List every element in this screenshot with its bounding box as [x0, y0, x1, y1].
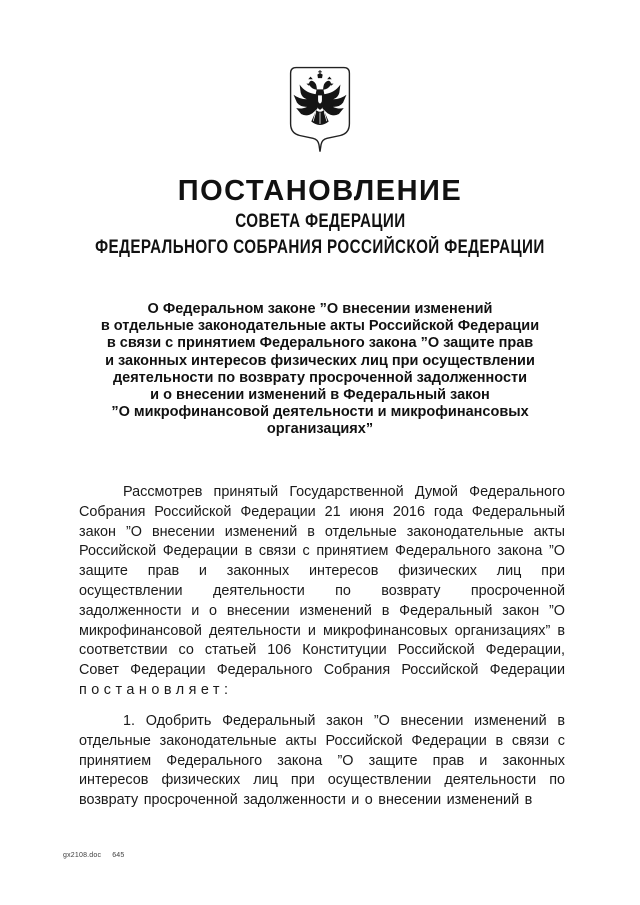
subtitle-line1-text: СОВЕТА ФЕДЕРАЦИИ	[235, 211, 405, 233]
preamble-text: Рассмотрев принятый Государственной Думо…	[79, 484, 565, 678]
subject-line: деятельности по возврату просроченной за…	[77, 370, 563, 387]
subject-block: О Федеральном законе ”О внесении изменен…	[77, 301, 563, 439]
subtitle-line2-text: ФЕДЕРАЛЬНОГО СОБРАНИЯ РОССИЙСКОЙ ФЕДЕРАЦ…	[95, 237, 544, 259]
subject-line: и о внесении изменений в Федеральный зак…	[77, 387, 563, 404]
subject-line: в отдельные законодательные акты Российс…	[77, 318, 563, 335]
subject-line: организациях”	[77, 421, 563, 438]
document-title: ПОСТАНОВЛЕНИЕ	[0, 175, 640, 208]
postanovlyaet-emphasis: постановляет:	[79, 682, 233, 698]
subject-line: ”О микрофинансовой деятельности и микроф…	[77, 404, 563, 421]
footer-file-ref: gx2108.doc	[63, 852, 101, 859]
subtitle-federalnogo-sobraniya: ФЕДЕРАЛЬНОГО СОБРАНИЯ РОССИЙСКОЙ ФЕДЕРАЦ…	[0, 237, 640, 259]
body-paragraph-preamble: Рассмотрев принятый Государственной Думо…	[79, 483, 565, 701]
body-paragraph-item-1: 1. Одобрить Федеральный закон ”О внесени…	[79, 712, 565, 811]
footer-number: 645	[112, 852, 124, 859]
russian-coat-of-arms-icon	[285, 63, 355, 159]
subtitle-soveta-federacii: СОВЕТА ФЕДЕРАЦИИ	[0, 211, 640, 233]
subject-line: О Федеральном законе ”О внесении изменен…	[77, 301, 563, 318]
subject-line: в связи с принятием Федерального закона …	[77, 335, 563, 352]
footer-doc-reference: gx2108.doc645	[63, 852, 124, 859]
document-page: ПОСТАНОВЛЕНИЕ СОВЕТА ФЕДЕРАЦИИ ФЕДЕРАЛЬН…	[0, 0, 640, 905]
subject-line: и законных интересов физических лиц при …	[77, 353, 563, 370]
